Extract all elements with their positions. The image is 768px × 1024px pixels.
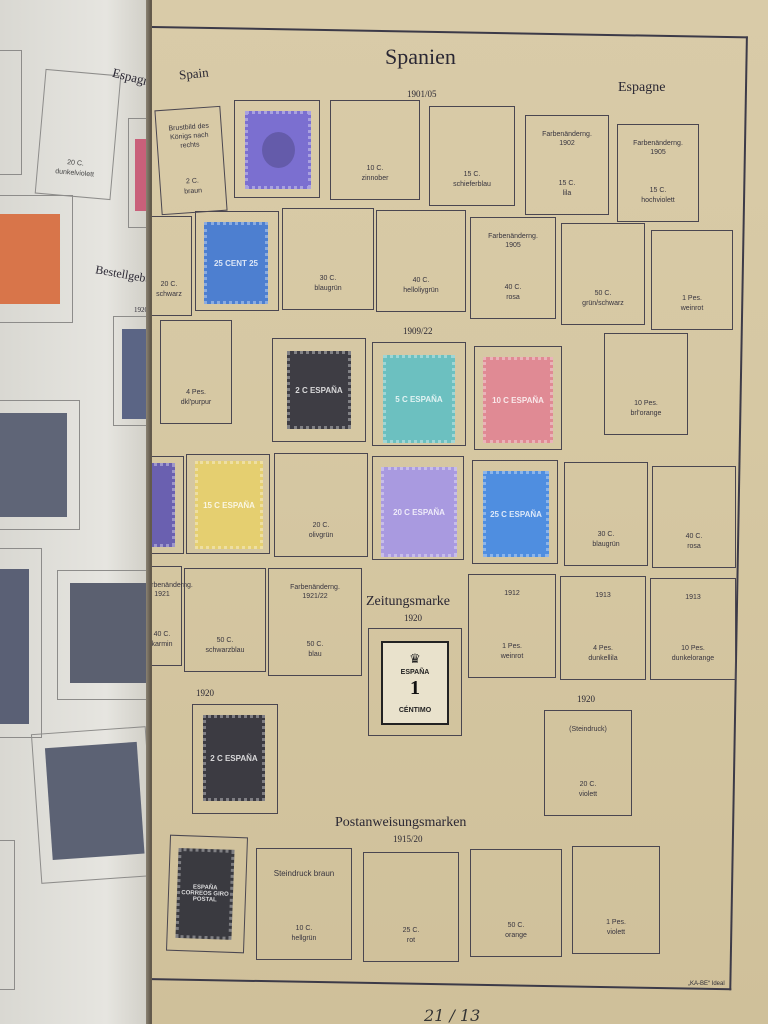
slot-color: olivgrün — [275, 531, 367, 540]
stamp-slot: 20 C. dunkelviolett — [35, 69, 122, 200]
stamp-slot: 1 Pes. weinrot — [651, 230, 733, 330]
slot-color: lila — [526, 189, 608, 198]
stamp-slot: 40 C. helloliygrün — [376, 210, 466, 312]
green-5c-stamp: 5 C ESPAÑA — [383, 355, 455, 443]
slot-value: 40 C. — [377, 276, 465, 285]
stamp-slot: 1913 10 Pes. dunkelorange — [650, 578, 736, 680]
postanweisung-year: 1915/20 — [393, 834, 423, 844]
stamp-slot: 1 Pes. violett — [572, 846, 660, 954]
slot-value: 30 C. — [283, 274, 373, 283]
slot-color: rosa — [471, 293, 555, 302]
slot-color: violett — [573, 928, 659, 937]
stamp-slot: (Steindruck) 20 C. violett — [544, 710, 632, 816]
slot-value: 10 Pes. — [605, 399, 687, 408]
stamp-slot — [0, 400, 80, 530]
page-title: Spanien — [385, 44, 456, 70]
slot-value: 50 C. — [185, 636, 265, 645]
crown-icon: ♛ — [383, 651, 447, 667]
black-2c-stamp: 2 C ESPAÑA — [287, 351, 351, 429]
stamp-slot — [0, 50, 22, 175]
newspaper-stamp: ♛ ESPAÑA 1 CÉNTIMO — [381, 641, 449, 725]
slot-value: 50 C. — [269, 640, 361, 649]
stamp-slot: ♛ ESPAÑA 1 CÉNTIMO — [368, 628, 462, 736]
stamp-slot: Farbenänderng. 1921/22 50 C. blau — [268, 568, 362, 676]
slot-color: rot — [364, 936, 458, 945]
slot-value: 40 C. — [152, 630, 181, 639]
title-french: Espagne — [618, 80, 665, 96]
stamp-slot: ESPAÑA CORREOS GIRO POSTAL — [166, 835, 248, 954]
stamp-country: ESPAÑA — [383, 669, 447, 676]
slot-note: 1913 — [651, 593, 735, 602]
right-album-page: Spanien Spain Espagne 1901/05 Brustbild … — [152, 0, 768, 1024]
airmail-stamp — [0, 413, 67, 517]
stamp-slot: 30 C. blaugrün — [564, 462, 648, 566]
stamp-slot — [31, 726, 152, 884]
slot-value: 20 C. — [275, 521, 367, 530]
stamp-slot: 4 Pes. dkl'purpur — [160, 320, 232, 424]
slot-color: blaugrün — [565, 540, 647, 549]
stamp-slot: 20 C ESPAÑA — [372, 456, 464, 560]
stamp-unit: CÉNTIMO — [383, 707, 447, 714]
airmail-stamp — [70, 583, 152, 683]
slot-value: 1 Pes. — [652, 294, 732, 303]
slot-value: 1 Pes. — [469, 642, 555, 651]
stamp-slot: 1913 4 Pes. dunkellila — [560, 576, 646, 680]
left-album-page: 20 C. dunkelviolett Espagne Bestellgebüh… — [0, 0, 152, 1024]
stamp-slot: 50 C. grün/schwarz — [561, 223, 645, 325]
slot-color: hellgrün — [257, 934, 351, 943]
slot-note: Steindruck braun — [257, 869, 351, 878]
slot-note: Farbenänderng. 1921 — [152, 581, 181, 599]
slot-value: 1 Pes. — [573, 918, 659, 927]
stamp-slot: 50 C. schwarzblau — [184, 568, 266, 672]
slot-color: blau — [269, 650, 361, 659]
red-portrait-stamp — [0, 214, 60, 304]
bestellgebuehr-label: Bestellgebühr — [94, 262, 152, 288]
slot-color: brl'orange — [605, 409, 687, 418]
slot-color: orange — [471, 931, 561, 940]
stamp-slot: 15 C. schieferblau — [429, 106, 515, 206]
slot-note: Farbenänderng. 1921/22 — [269, 583, 361, 601]
violet-stamp — [152, 463, 175, 547]
postanweisung-heading: Postanweisungsmarken — [335, 815, 466, 831]
stamp-slot: 2 C ESPAÑA — [272, 338, 366, 442]
slot-color: weinrot — [652, 304, 732, 313]
section-year-1901: 1901/05 — [407, 89, 437, 99]
stamp-slot: 20 C. schwarz — [152, 216, 192, 316]
slot-value: 40 C. — [471, 283, 555, 292]
zeitungsmarke-heading: Zeitungsmarke — [366, 594, 450, 610]
slot-value: 15 C. — [526, 179, 608, 188]
slot-color: karmin — [152, 640, 181, 649]
year-1920-right: 1920 — [577, 694, 595, 704]
stamp-slot — [57, 570, 152, 700]
pink-10c-stamp: 10 C ESPAÑA — [483, 357, 553, 443]
slot-note: Farbenänderng. 1905 — [471, 232, 555, 250]
slot-value: 50 C. — [471, 921, 561, 930]
slot-note: Brustbild des Königs nach rechts — [156, 121, 222, 152]
black-2c-stamp-1920: 2 C ESPAÑA — [203, 715, 265, 801]
title-english: Spain — [178, 64, 209, 83]
slot-value: 30 C. — [565, 530, 647, 539]
airmail-stamp — [0, 569, 29, 724]
stamp-slot: 10 C ESPAÑA — [474, 346, 562, 450]
slot-value: 25 C. — [364, 926, 458, 935]
stamp-slot: 25 CENT 25 — [195, 211, 279, 311]
stamp-slot: Farbenänderng. 1902 15 C. lila — [525, 115, 609, 215]
slot-color: helloliygrün — [377, 286, 465, 295]
zeitungsmarke-year: 1920 — [404, 613, 422, 623]
violet-stamp — [245, 111, 311, 189]
yellow-15c-stamp: 15 C ESPAÑA — [195, 461, 263, 549]
slot-value: 15 C. — [618, 186, 698, 195]
slot-color: schwarzblau — [185, 646, 265, 655]
stamp-slot: 15 C ESPAÑA — [186, 454, 270, 554]
stamp-slot: 40 C. rosa — [652, 466, 736, 568]
slot-color: violett — [545, 790, 631, 799]
slot-note: Farbenänderng. 1902 — [526, 130, 608, 148]
stamp-slot: Steindruck braun 10 C. hellgrün — [256, 848, 352, 960]
slot-note: (Steindruck) — [545, 725, 631, 734]
slot-color: weinrot — [469, 652, 555, 661]
stamp-slot: Farbenänderng. 1905 40 C. rosa — [470, 217, 556, 319]
lilac-20c-stamp: 20 C ESPAÑA — [381, 467, 457, 557]
slot-color: dunkelorange — [651, 654, 735, 663]
slot-value: 4 Pes. — [561, 644, 645, 653]
slot-value: 15 C. — [430, 170, 514, 179]
section-year-1909: 1909/22 — [403, 326, 433, 336]
slot-color: schwarz — [152, 290, 191, 299]
stamp-slot: 50 C. orange — [470, 849, 562, 957]
slot-color: blaugrün — [283, 284, 373, 293]
stamp-slot: 1912 1 Pes. weinrot — [468, 574, 556, 678]
stamp-value: 1 — [383, 677, 447, 700]
airmail-stamp — [45, 742, 145, 860]
slot-value: 20 C. — [152, 280, 191, 289]
stamp-slot: 25 C. rot — [363, 852, 459, 962]
slot-color: dkl'purpur — [161, 398, 231, 407]
stamp-slot — [234, 100, 320, 198]
slot-note: 1912 — [469, 589, 555, 598]
slot-color: grün/schwarz — [562, 299, 644, 308]
stamp-slot: Farbenänderng. 1921 40 C. karmin — [152, 566, 182, 666]
slot-value: 40 C. — [653, 532, 735, 541]
giro-postal-stamp: ESPAÑA CORREOS GIRO POSTAL — [175, 848, 234, 940]
stamp-slot: 25 C ESPAÑA — [472, 460, 558, 564]
slot-note: Farbenänderng. 1905 — [618, 139, 698, 157]
slot-value: 10 Pes. — [651, 644, 735, 653]
blue-25c-stamp: 25 C ESPAÑA — [483, 471, 549, 557]
stamp-slot: 2 C ESPAÑA — [192, 704, 278, 814]
slot-color: schieferblau — [430, 180, 514, 189]
slot-color: dunkellila — [561, 654, 645, 663]
stamp-slot — [152, 456, 184, 554]
stamp-slot: 5 C ESPAÑA — [372, 342, 466, 446]
stamp-slot: Farbenänderng. 1905 15 C. hochviolett — [617, 124, 699, 222]
stamp-slot: 20 C. olivgrün — [274, 453, 368, 557]
handwritten-note: 21 / 13 — [424, 1006, 480, 1024]
stamp-slot — [0, 195, 73, 323]
stamp-slot: Brustbild des Königs nach rechts 2 C. br… — [154, 106, 227, 215]
slot-value: 10 C. — [331, 164, 419, 173]
publisher-mark: „KA-BE“ Ideal — [688, 981, 725, 987]
slot-color: rosa — [653, 542, 735, 551]
year-1920-left: 1920 — [196, 688, 214, 698]
stamp-slot — [0, 840, 15, 990]
slot-color: zinnober — [331, 174, 419, 183]
stamp-slot: 10 C. zinnober — [330, 100, 420, 200]
stamp-slot: 10 Pes. brl'orange — [604, 333, 688, 435]
blue-25-cent-stamp: 25 CENT 25 — [204, 222, 268, 304]
slot-color: hochviolett — [618, 196, 698, 205]
slot-note: 1913 — [561, 591, 645, 600]
stamp-slot: 30 C. blaugrün — [282, 208, 374, 310]
slot-value: 10 C. — [257, 924, 351, 933]
slot-value: 50 C. — [562, 289, 644, 298]
slot-value: 20 C. — [545, 780, 631, 789]
stamp-slot — [0, 548, 42, 738]
slot-value: 4 Pes. — [161, 388, 231, 397]
